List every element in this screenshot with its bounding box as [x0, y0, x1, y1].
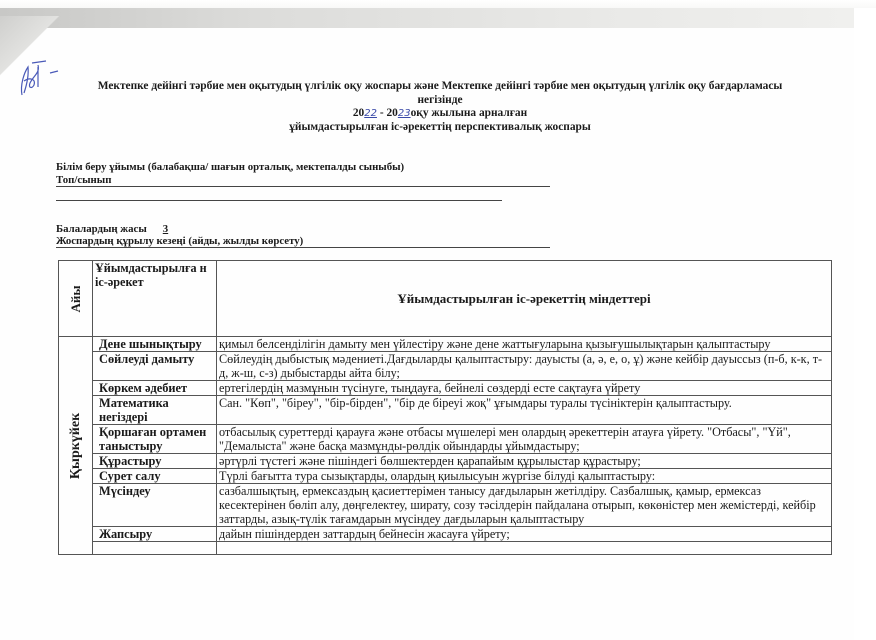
- group-field-label: Топ/сынып: [56, 174, 111, 186]
- period-field-label: Жоспардың құрылу кезеңі (айды, жылды көр…: [56, 235, 303, 247]
- task-cell: Сан. "Көп", "біреу", "бір-бірден", "бір …: [217, 396, 832, 425]
- table-row: Сөйлеуді дамыту Сөйлеудің дыбыстық мәден…: [59, 352, 832, 381]
- scanner-edge-shadow: [0, 8, 856, 30]
- scan-margin: [854, 8, 876, 640]
- table-row: Сурет салу Түрлі бағытта тура сызықтарды…: [59, 469, 832, 484]
- activity-cell-cut: [93, 542, 217, 555]
- title-academic-year: 2022 - 2023оқу жылына арналған: [40, 107, 840, 121]
- header-month: Айы: [59, 261, 93, 337]
- month-cell: Қыркүйек: [59, 337, 93, 555]
- table-row: Мүсіндеу сазбалшықтың, ермексаздың қасие…: [59, 484, 832, 527]
- extra-field-line[interactable]: [56, 200, 502, 201]
- table-row: Қыркүйек Дене шынықтыру қимыл белсенділі…: [59, 337, 832, 352]
- table-row: Математика негіздері Сан. "Көп", "біреу"…: [59, 396, 832, 425]
- header-tasks: Ұйымдастырылған іс-әрекеттің міндеттері: [217, 261, 832, 337]
- age-label: Балалардың жасы: [56, 223, 147, 235]
- task-cell: Түрлі бағытта тура сызықтарды, олардың қ…: [217, 469, 832, 484]
- table-row: Көркем әдебиет ертегілердің мазмұнын түс…: [59, 381, 832, 396]
- group-field-line[interactable]: [56, 186, 550, 187]
- activity-cell: Жапсыру: [93, 527, 217, 542]
- task-cell: дайын пішіндерден заттардың бейнесін жас…: [217, 527, 832, 542]
- age-value: 3: [163, 223, 168, 235]
- table-row: Жапсыру дайын пішіндерден заттардың бейн…: [59, 527, 832, 542]
- activity-cell: Сөйлеуді дамыту: [93, 352, 217, 381]
- task-cell: сазбалшықтың, ермексаздың қасиеттерімен …: [217, 484, 832, 527]
- task-cell: ертегілердің мазмұнын түсінуге, тыңдауға…: [217, 381, 832, 396]
- activity-cell: Құрастыру: [93, 454, 217, 469]
- activity-cell: Математика негіздері: [93, 396, 217, 425]
- task-cell: әртүрлі түстегі және пішіндегі бөлшектер…: [217, 454, 832, 469]
- task-cell: отбасылық суреттерді қарауға және отбасы…: [217, 425, 832, 454]
- period-field-line[interactable]: [56, 247, 550, 248]
- title-line-2: негізінде: [40, 94, 840, 108]
- title-line-4: ұйымдастырылған іс-әрекеттің перспектива…: [40, 121, 840, 135]
- table-row: Қоршаған ортамен таныстыру отбасылық сур…: [59, 425, 832, 454]
- activity-cell: Мүсіндеу: [93, 484, 217, 527]
- activity-cell: Дене шынықтыру: [93, 337, 217, 352]
- perspective-plan-table: Айы Ұйымдастырылға н іс-әрекет Ұйымдасты…: [58, 260, 832, 555]
- activity-cell: Сурет салу: [93, 469, 217, 484]
- activity-cell: Қоршаған ортамен таныстыру: [93, 425, 217, 454]
- table-row: Құрастыру әртүрлі түстегі және пішіндегі…: [59, 454, 832, 469]
- year-start-handwritten: 22: [364, 108, 377, 119]
- age-field: Балалардың жасы3: [56, 223, 168, 235]
- activity-cell: Көркем әдебиет: [93, 381, 217, 396]
- title-line-1: Мектепке дейінгі тәрбие мен оқытудың үлг…: [40, 80, 840, 94]
- task-cell-cut: [217, 542, 832, 555]
- table-header-row: Айы Ұйымдастырылға н іс-әрекет Ұйымдасты…: [59, 261, 832, 337]
- header-activity: Ұйымдастырылға н іс-әрекет: [93, 261, 217, 337]
- task-cell: қимыл белсенділігін дамыту мен үйлестіру…: [217, 337, 832, 352]
- year-end-handwritten: 23: [398, 108, 411, 119]
- table-row-continued: [59, 542, 832, 555]
- organization-field-label: Білім беру ұйымы (балабақша/ шағын ортал…: [56, 161, 404, 173]
- document-title: Мектепке дейінгі тәрбие мен оқытудың үлг…: [40, 80, 840, 134]
- task-cell: Сөйлеудің дыбыстық мәдениеті.Дағдыларды …: [217, 352, 832, 381]
